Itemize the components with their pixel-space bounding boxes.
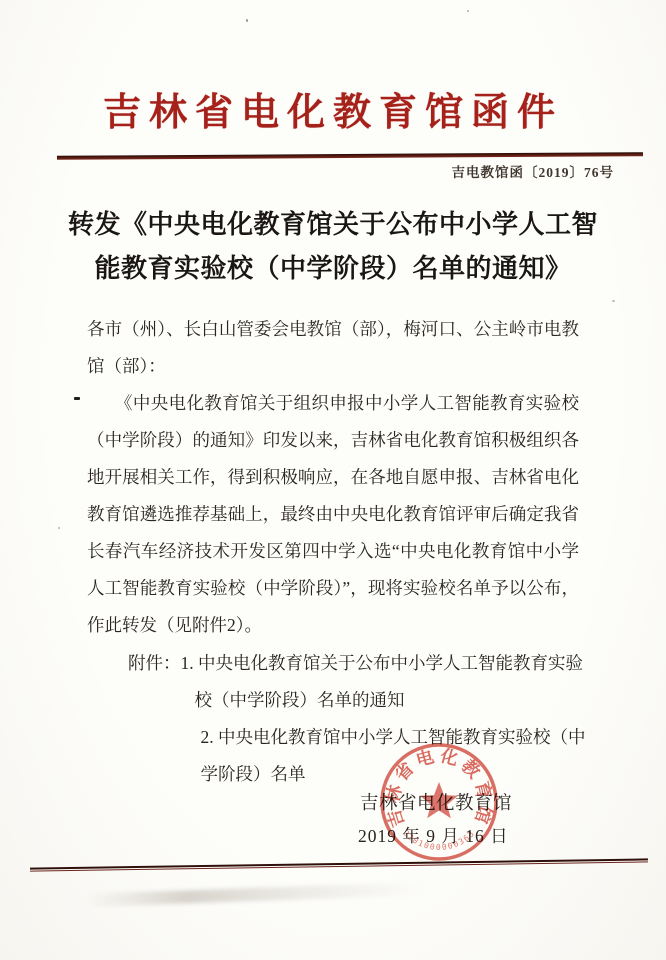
scan-speck [612,300,615,302]
attachment-item-1: 1. 中央电化教育馆关于公布中小学人工智能教育实验校（中学阶段）名单的通知 [181,645,595,719]
attachments-label: 附件： [128,645,181,793]
official-seal: 吉林省电化教育馆 2201000000363 [364,727,514,877]
letterhead-title: 吉林省电化教育馆函件 [0,90,666,136]
document-number: 吉电教馆函〔2019〕76号 [452,161,615,181]
scan-speck [74,397,80,400]
scanned-letter-page: 吉林省电化教育馆函件 吉电教馆函〔2019〕76号 转发《中央电化教育馆关于公布… [0,0,666,960]
footer-rule [30,858,648,871]
letterhead-rule [57,152,643,160]
scan-smudge [85,882,425,907]
document-title-line2: 能教育实验校（中学阶段）名单的通知》 [0,247,666,291]
document-title: 转发《中央电化教育馆关于公布中小学人工智 能教育实验校（中学阶段）名单的通知》 [0,203,666,291]
attachments-block: 附件： 1. 中央电化教育馆关于公布中小学人工智能教育实验校（中学阶段）名单的通… [128,645,598,793]
salutation: 各市（州）、长白山管委会电教馆（部），梅河口、公主岭市电教馆（部）： [87,311,579,385]
scan-speck [205,270,208,273]
seal-star-icon [420,782,458,818]
scan-speck [58,527,60,529]
document-title-line1: 转发《中央电化教育馆关于公布中小学人工智 [0,203,666,247]
body-paragraph: 《中央电化教育馆关于组织申报中小学人工智能教育实验校（中学阶段）的通知》印发以来… [87,385,579,644]
svg-text:2201000000363: 2201000000363 [401,828,477,852]
seal-serial-number: 2201000000363 [401,828,477,852]
scan-speck [246,19,248,22]
letter-body: 各市（州）、长白山管委会电教馆（部），梅河口、公主岭市电教馆（部）： 《中央电化… [87,311,579,644]
scan-speck [467,10,469,12]
